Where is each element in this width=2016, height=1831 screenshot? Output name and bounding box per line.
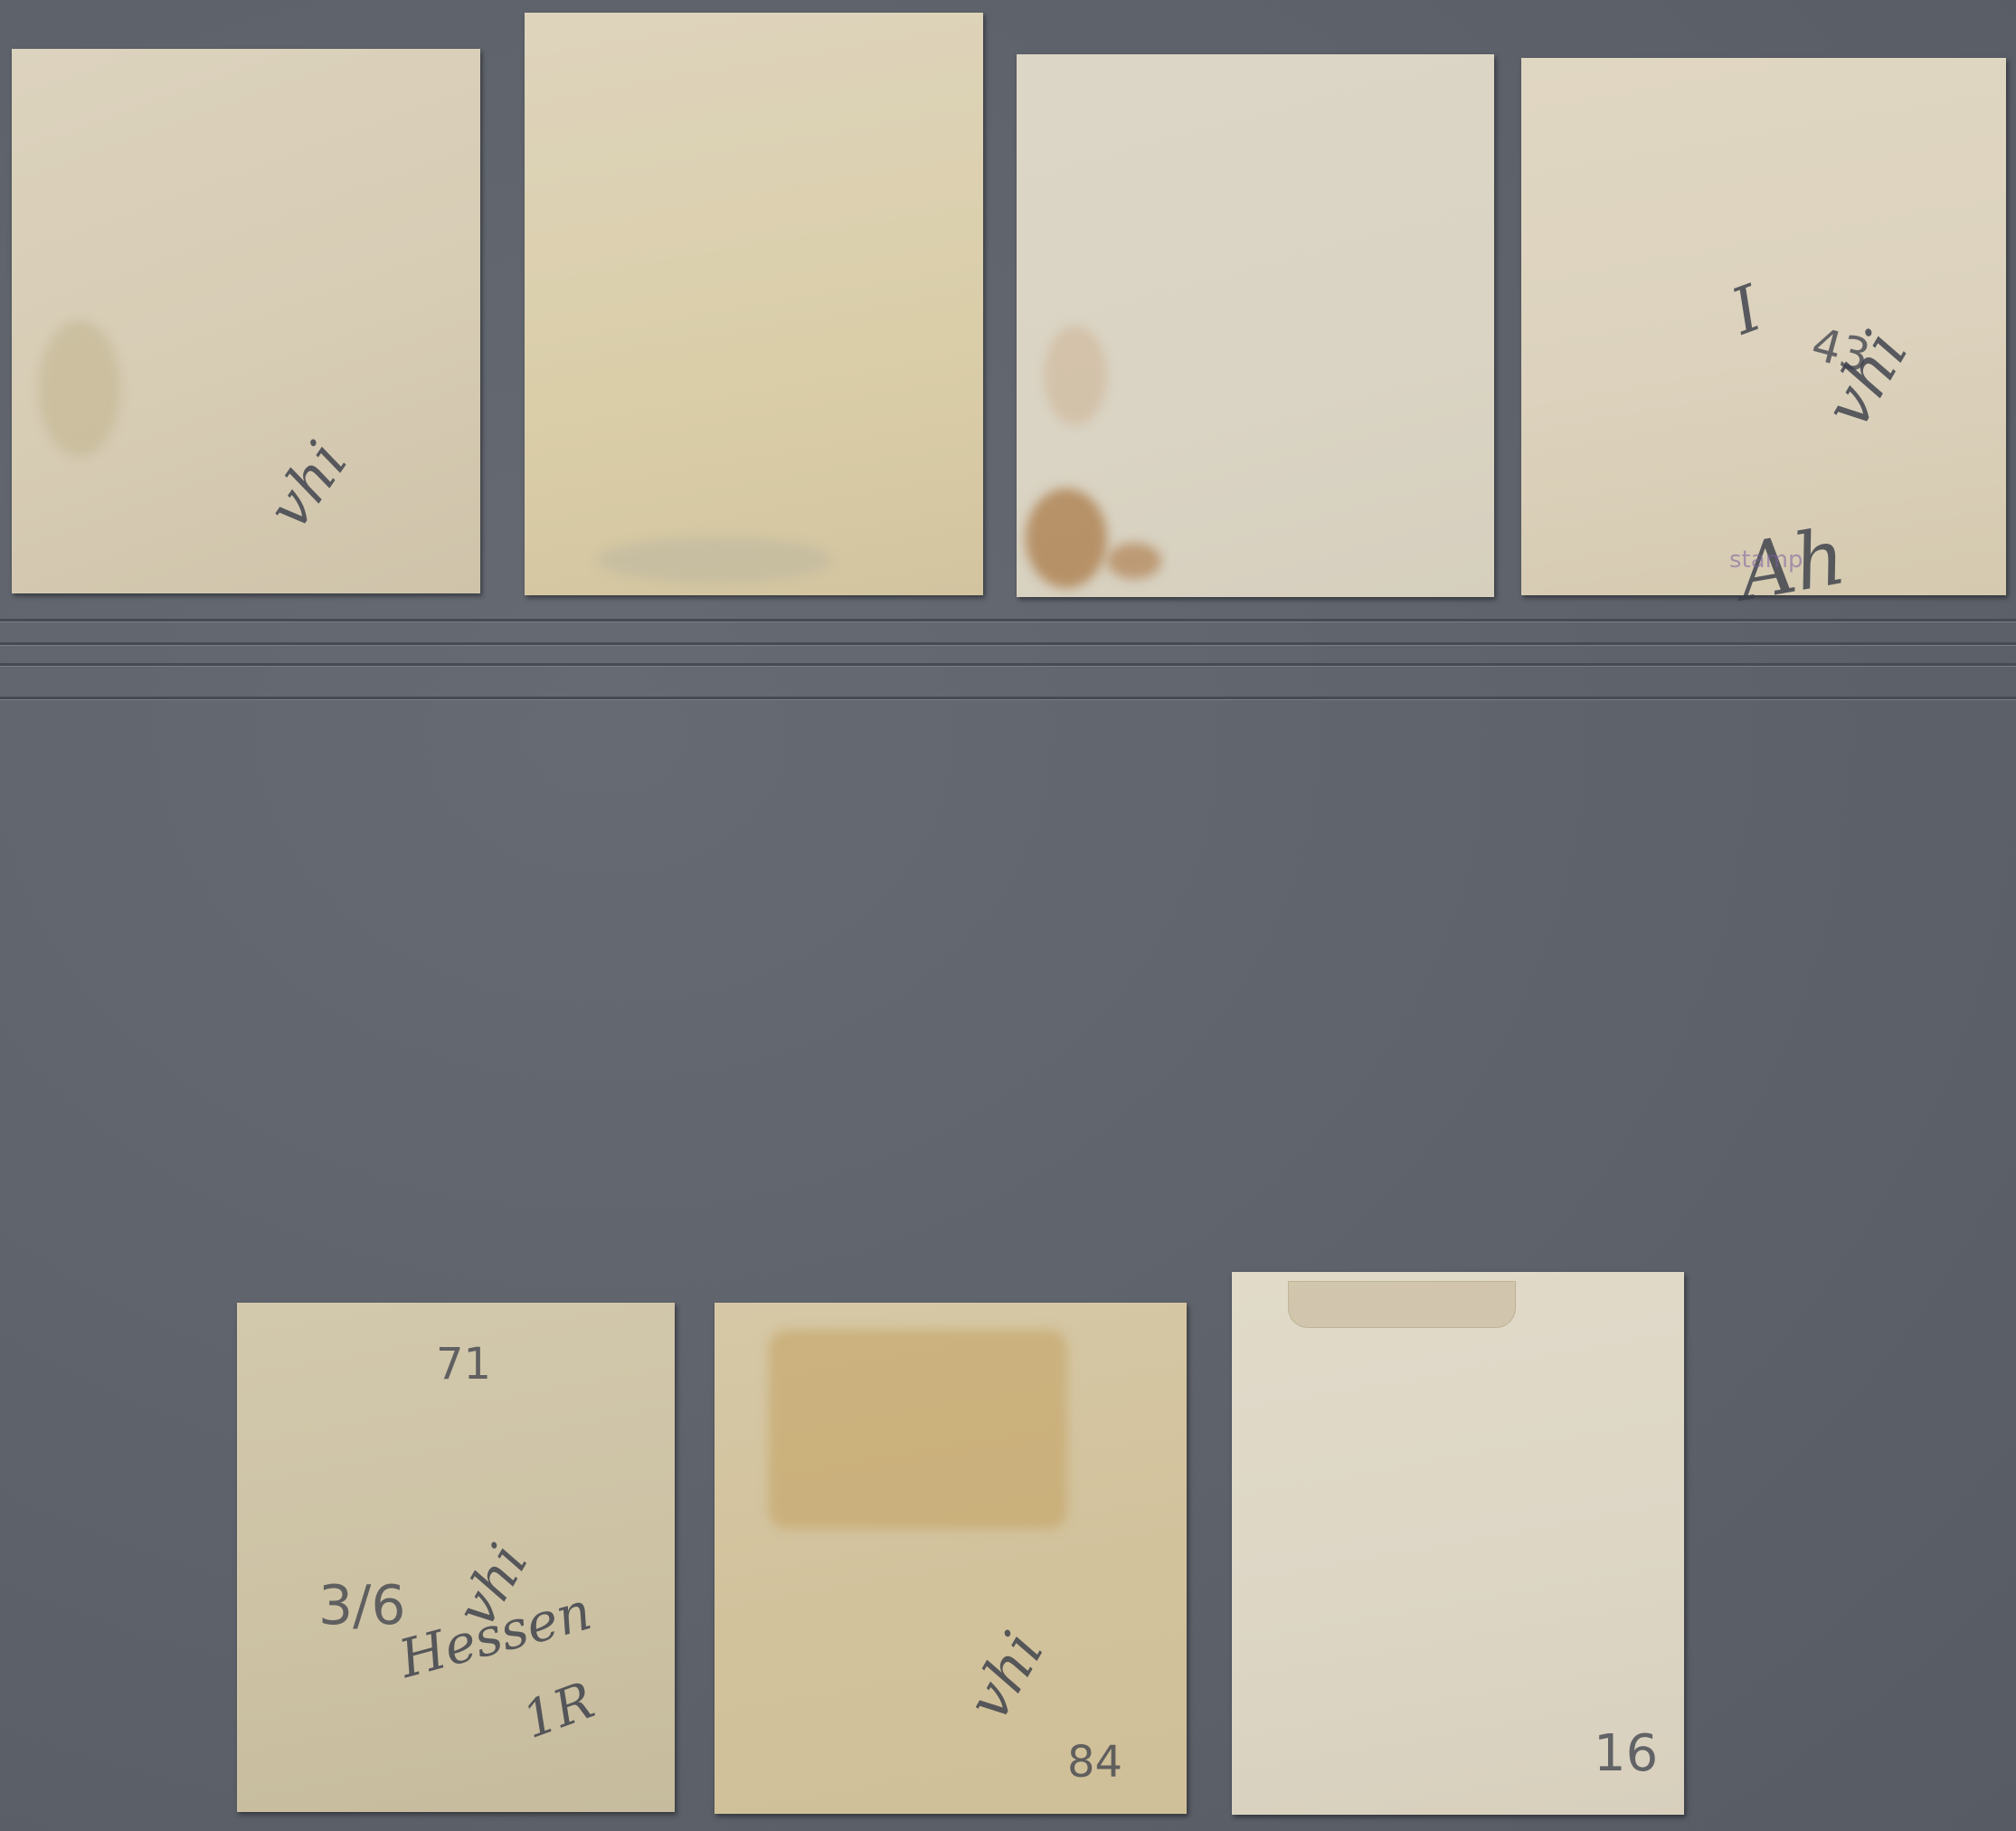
stamp-back <box>525 13 983 595</box>
stain <box>39 320 120 456</box>
violet-handstamp: stamp <box>1729 546 1803 574</box>
pencil-number: 71 <box>436 1339 491 1390</box>
pencil-number: 16 <box>1594 1724 1658 1783</box>
stamp-back: I 43 vhi Ah stamp <box>1521 58 2006 595</box>
brown-stain <box>1044 326 1107 425</box>
strip-divider <box>0 619 2016 621</box>
stamp-back: vhi <box>12 49 480 593</box>
stamp-back <box>1017 54 1494 597</box>
stamp-paper <box>525 13 983 595</box>
stamp-back: 16 <box>1232 1272 1684 1815</box>
strip-divider <box>0 697 2016 699</box>
pencil-mark: 3/6 <box>318 1574 406 1637</box>
stamp-back: 71 vhi 3/6 Hessen 1R <box>237 1303 675 1812</box>
brown-stain <box>1107 543 1161 579</box>
hinge-stain <box>769 1330 1067 1529</box>
stain <box>597 537 832 583</box>
pencil-number: 84 <box>1067 1737 1122 1788</box>
strip-divider <box>0 642 2016 645</box>
brown-stain <box>1026 489 1107 588</box>
stockcard: vhi I 43 vhi Ah stamp 71 vhi 3/6 Hessen … <box>0 0 2016 1831</box>
strip-divider <box>0 663 2016 666</box>
stamp-back: vhi 84 <box>715 1303 1187 1814</box>
hinge-remnant <box>1288 1281 1516 1328</box>
